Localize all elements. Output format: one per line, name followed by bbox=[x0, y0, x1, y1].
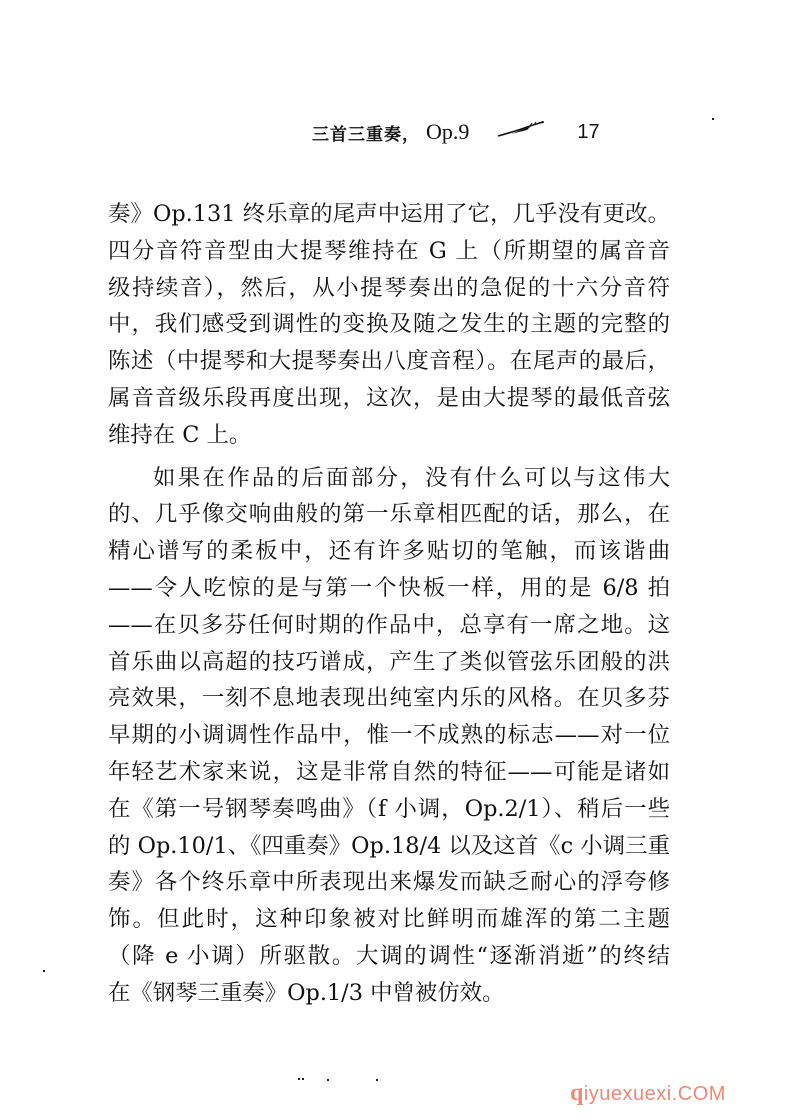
text-line: 在《第一号钢琴奏鸣曲》（f 小调，Op.2/1）、稍后一些 bbox=[108, 791, 670, 828]
text-line: 在《钢琴三重奏》Op.1/3 中曾被仿效。 bbox=[108, 975, 670, 1012]
text-line: ——在贝多芬任何时期的作品中，总享有一席之地。这 bbox=[108, 607, 670, 644]
text-line: 的 Op.10/1、《四重奏》Op.18/4 以及这首《c 小调三重 bbox=[108, 828, 670, 865]
pen-flourish-icon bbox=[497, 121, 545, 137]
text-line: 属音音级乐段再度出现，这次，是由大提琴的最低音弦 bbox=[108, 380, 670, 417]
speck bbox=[302, 1078, 304, 1080]
running-header: 三首三重奏， Op.9 17 bbox=[312, 116, 600, 148]
speck bbox=[298, 1078, 300, 1080]
watermark: qiyuexuexi.COM bbox=[570, 1080, 726, 1107]
speck bbox=[712, 118, 714, 120]
text-line: 级持续音），然后，从小提琴奏出的急促的十六分音符 bbox=[108, 270, 670, 307]
paragraph-2: 如果在作品的后面部分，没有什么可以与这伟大 的、几乎像交响曲般的第一乐章相匹配的… bbox=[108, 460, 670, 1012]
speck bbox=[327, 1079, 329, 1081]
text-line: 精心谱写的柔板中，还有许多贴切的笔触，而该谐曲 bbox=[108, 533, 670, 570]
text-line: ——令人吃惊的是与第一个快板一样，用的是 6/8 拍 bbox=[108, 570, 670, 607]
text-line: 四分音符音型由大提琴维持在 G 上（所期望的属音音 bbox=[108, 233, 670, 270]
text-line: 年轻艺术家来说，这是非常自然的特征——可能是诸如 bbox=[108, 754, 670, 791]
text-line: 早期的小调调性作品中，惟一不成熟的标志——对一位 bbox=[108, 717, 670, 754]
text-line: 陈述（中提琴和大提琴奏出八度音程）。在尾声的最后， bbox=[108, 343, 670, 380]
header-opus: Op.9 bbox=[426, 119, 469, 145]
speck bbox=[43, 970, 45, 972]
text-line: 维持在 C 上。 bbox=[108, 417, 670, 454]
text-line: 奏》各个终乐章中所表现出来爆发而缺乏耐心的浮夸修 bbox=[108, 864, 670, 901]
text-line: 奏》Op.131 终乐章的尾声中运用了它，几乎没有更改。 bbox=[108, 196, 670, 233]
text-line: （降 e 小调）所驱散。大调的调性“逐渐消逝”的终结 bbox=[108, 938, 670, 975]
text-line: 的、几乎像交响曲般的第一乐章相匹配的话，那么，在 bbox=[108, 496, 670, 533]
text-line: 亮效果，一刻不息地表现出纯室内乐的风格。在贝多芬 bbox=[108, 680, 670, 717]
watermark-q: q bbox=[570, 1080, 584, 1106]
watermark-text: iyuexuexi.COM bbox=[584, 1083, 726, 1105]
text-line: 饰。但此时，这种印象被对比鲜明而雄浑的第二主题 bbox=[108, 901, 670, 938]
header-title: 三首三重奏， bbox=[312, 120, 420, 145]
text-line: 如果在作品的后面部分，没有什么可以与这伟大 bbox=[108, 460, 670, 497]
text-line: 首乐曲以高超的技巧谱成，产生了类似管弦乐团般的洪 bbox=[108, 644, 670, 681]
paragraph-1: 奏》Op.131 终乐章的尾声中运用了它，几乎没有更改。 四分音符音型由大提琴维… bbox=[108, 196, 670, 454]
text-line: 中，我们感受到调性的变换及随之发生的主题的完整的 bbox=[108, 306, 670, 343]
page-number: 17 bbox=[577, 121, 599, 144]
body-text: 奏》Op.131 终乐章的尾声中运用了它，几乎没有更改。 四分音符音型由大提琴维… bbox=[108, 196, 670, 1012]
speck bbox=[376, 1079, 378, 1081]
